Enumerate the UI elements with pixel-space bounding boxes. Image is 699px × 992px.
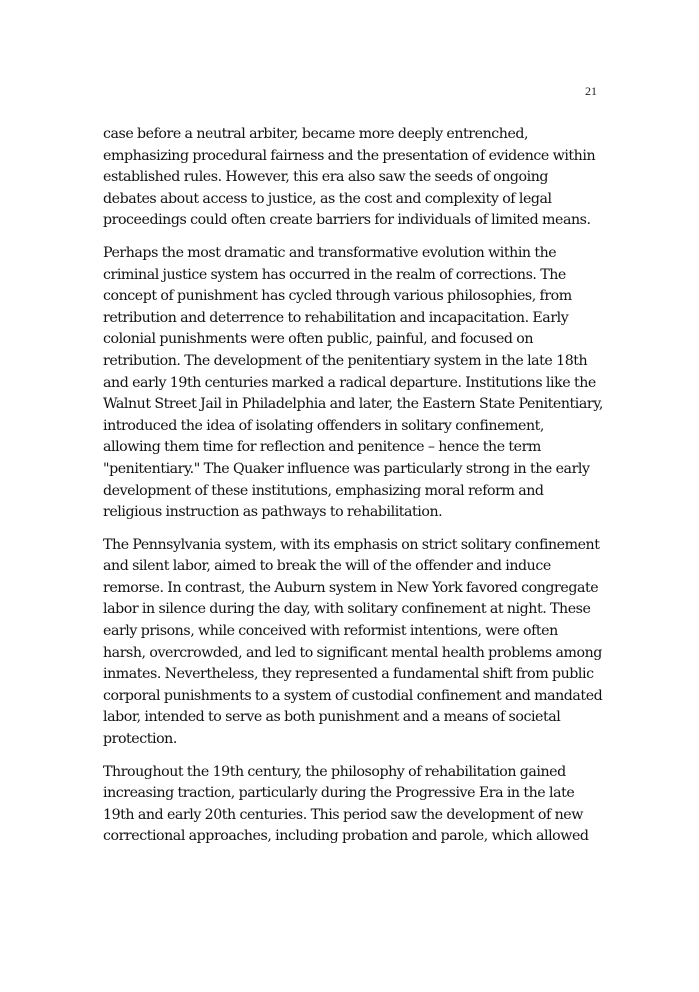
paragraph-2: Perhaps the most dramatic and transforma… <box>103 243 603 524</box>
paragraph-1: case before a neutral arbiter, became mo… <box>103 124 603 232</box>
page-number: 21 <box>585 84 597 99</box>
paragraph-3: The Pennsylvania system, with its emphas… <box>103 535 603 751</box>
page-body: case before a neutral arbiter, became mo… <box>103 124 603 859</box>
paragraph-4: Throughout the 19th century, the philoso… <box>103 762 603 848</box>
